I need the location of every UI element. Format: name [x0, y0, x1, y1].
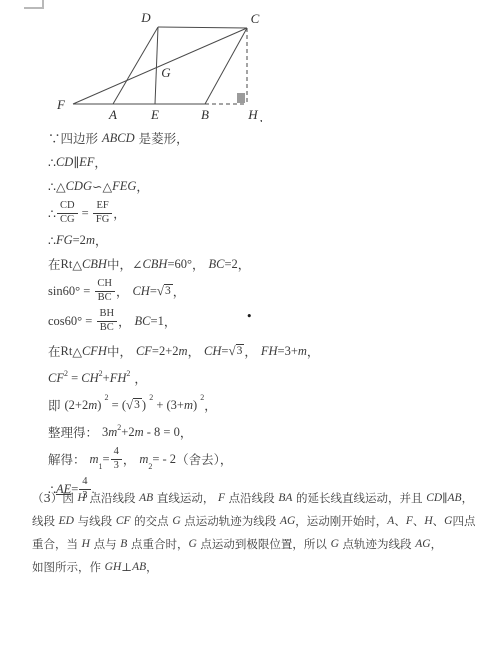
text-run: 点轨迹为线段 [339, 536, 415, 552]
text-run: 、 [413, 513, 425, 529]
figure-caption-comma: ， [260, 112, 271, 122]
text-run: 的延长线直线运动，并且 [292, 490, 426, 506]
figure-solid-lines [73, 27, 247, 104]
text-run: ， [173, 282, 186, 300]
math-variable: GH [105, 561, 122, 573]
math-upright: =60° [167, 257, 192, 272]
text-run: 整理得： [48, 423, 102, 441]
math-variable: BC [208, 257, 224, 272]
text-run: 点与 [90, 536, 120, 552]
math-upright: =2 [73, 233, 86, 248]
sqrt-expression: √3 [228, 344, 244, 359]
math-variable: H [82, 538, 90, 550]
text-run: 中，∠ [107, 255, 142, 273]
text-run: ∴ [48, 155, 56, 170]
math-variable: m [135, 425, 144, 440]
math-variable: CF [48, 371, 64, 386]
text-run: 即 [48, 396, 64, 414]
text-run: 点运动轨迹为线段 [181, 513, 280, 529]
math-variable: BC [135, 314, 151, 329]
sqrt-expression: √3 [126, 398, 142, 413]
fraction-denominator: CG [57, 213, 78, 226]
paragraph-line: （3）因 H 点沿线段 AB 直线运动， F 点沿线段 BA 的延长线直线运动，… [32, 486, 475, 509]
text-run: 在 [48, 255, 61, 273]
figure-label-H: H [247, 107, 258, 122]
solution-line: CF2 = CH2+FH2 ， [48, 366, 319, 390]
math-variable: BA [278, 492, 292, 504]
geometry-figure: D C G F A E B H ， [50, 2, 290, 122]
math-upright: Rt [61, 257, 73, 272]
math-variable: CF [136, 344, 152, 359]
math-variable: F [406, 515, 413, 527]
math-variable: CF [116, 515, 131, 527]
math-upright: ) [193, 398, 200, 413]
fraction-denominator: 3 [111, 459, 122, 472]
page-corner-artifact [24, 0, 44, 9]
text-run: ， [164, 312, 177, 330]
text-run: 解得： [48, 450, 89, 468]
solution-line: sin60° = CHBC， CH=√3， [48, 276, 319, 306]
solution-line: ∵四边形 ABCD 是菱形， [48, 126, 319, 150]
text-run: ， [238, 255, 251, 273]
math-upright: + [103, 371, 110, 386]
math-upright: = [103, 452, 110, 467]
text-run: ， [118, 312, 134, 330]
text-run: ∽△ [92, 179, 112, 194]
math-variable: B [120, 538, 127, 550]
math-upright: =2 [224, 257, 237, 272]
text-run: ， [95, 231, 108, 249]
document-page: { "page": { "background": "#ffffff", "te… [0, 0, 500, 656]
text-run: 点运动到极限位置，所以 [197, 536, 331, 552]
text-run: 是菱形， [135, 129, 189, 147]
math-variable: CDG [66, 179, 92, 194]
radical-sign: √ [228, 344, 235, 357]
figure-label-G: G [161, 65, 171, 80]
fraction: 43 [111, 446, 122, 471]
fraction: CHBC [94, 278, 115, 303]
text-run: △ [72, 344, 82, 359]
paragraph-line: 如图所示，作 GH⊥AB， [32, 555, 475, 578]
math-variable: AG [280, 515, 295, 527]
text-run: 、 [433, 513, 445, 529]
solution-line: ∴FG=2m， [48, 228, 319, 252]
text-run: 点沿线段 [225, 490, 278, 506]
math-upright: cos60° = [48, 314, 95, 329]
text-run: ， [462, 490, 474, 506]
text-run: （3）因 [32, 490, 77, 506]
solution-line: cos60° = BHBC， BC=1， [48, 306, 319, 336]
fraction-numerator: 4 [111, 446, 122, 458]
math-upright: +2 [121, 425, 134, 440]
fraction-denominator: BC [95, 291, 115, 304]
sqrt-expression: √3 [157, 284, 173, 299]
text-run: ， [192, 255, 208, 273]
math-variable: m [108, 425, 117, 440]
math-variable: AG [415, 538, 430, 550]
math-variable: CH [81, 371, 98, 386]
bullet-dot: • [246, 310, 253, 323]
text-run: ， [146, 559, 158, 575]
math-variable: F [218, 492, 225, 504]
fraction-numerator: EF [93, 200, 111, 212]
radical-sign: √ [157, 284, 164, 297]
part3-paragraph: （3）因 H 点沿线段 AB 直线运动， F 点沿线段 BA 的延长线直线运动，… [32, 486, 475, 578]
fraction-numerator: CD [57, 200, 78, 212]
radicand: 3 [133, 398, 142, 413]
math-variable: FH [110, 371, 127, 386]
text-run: ， [244, 342, 260, 360]
radicand: 3 [164, 284, 173, 299]
math-variable: CBH [82, 257, 107, 272]
text-run: ∴△ [48, 179, 66, 194]
text-run: 点沿线段 [86, 490, 139, 506]
text-run: ， [431, 536, 443, 552]
text-run: 四点 [452, 513, 475, 529]
math-variable: AB [132, 561, 146, 573]
fraction-numerator: CH [94, 278, 115, 290]
fraction-denominator: BC [97, 321, 117, 334]
math-upright: = [150, 284, 157, 299]
paragraph-line: 重合，当 H 点与 B 点重合时，G 点运动到极限位置，所以 G 点轨迹为线段 … [32, 532, 475, 555]
solution-line: ∴CD∥EF， [48, 150, 319, 174]
math-upright: sin60° = [48, 284, 93, 299]
math-variable: CBH [142, 257, 167, 272]
text-run: ， [130, 369, 146, 387]
text-run: ， [307, 342, 320, 360]
text-run: 如图所示，作 [32, 559, 105, 575]
text-run: 中， [107, 342, 136, 360]
math-variable: m [139, 452, 148, 467]
math-variable: CFH [82, 344, 107, 359]
math-upright: =3+ [278, 344, 298, 359]
text-run: ， [94, 153, 107, 171]
math-upright: = ( [109, 398, 126, 413]
math-upright: = [79, 206, 92, 221]
text-run: 在 [48, 342, 61, 360]
radical-sign: √ [126, 398, 133, 411]
text-run: ， [204, 396, 217, 414]
math-variable: G [172, 515, 180, 527]
math-upright: ) [142, 398, 149, 413]
text-run: ， [188, 342, 204, 360]
math-upright: Rt [61, 344, 73, 359]
paragraph-line: 线段 ED 与线段 CF 的交点 G 点运动轨迹为线段 AG，运动刚开始时，A、… [32, 509, 475, 532]
math-variable: EF [79, 155, 94, 170]
math-variable: FH [261, 344, 278, 359]
figure-label-B: B [201, 107, 209, 122]
fraction: BHBC [96, 308, 117, 333]
math-variable: G [331, 538, 339, 550]
right-angle-marker [237, 93, 245, 103]
math-variable: A [387, 515, 394, 527]
text-run: ∴ [48, 233, 56, 248]
figure-label-D: D [140, 10, 151, 25]
solution-line: 即 (2+2m) 2 = (√3) 2 + (3+m) 2， [48, 390, 319, 420]
math-variable: FEG [112, 179, 136, 194]
math-variable: CD [426, 492, 442, 504]
math-variable: ED [59, 515, 74, 527]
solution-line: 整理得： 3m2+2m - 8 = 0， [48, 420, 319, 444]
math-variable: FG [56, 233, 73, 248]
text-run: 点重合时， [127, 536, 188, 552]
math-upright: = - 2 [152, 452, 176, 467]
text-run: 重合，当 [32, 536, 82, 552]
math-variable: H [424, 515, 432, 527]
math-variable: G [188, 538, 196, 550]
fraction-numerator: BH [96, 308, 117, 320]
math-variable: m [88, 398, 97, 413]
text-run: △ [72, 257, 82, 272]
figure-label-C: C [251, 11, 260, 26]
math-upright: - 8 = 0 [144, 425, 180, 440]
figure-label-F: F [56, 97, 66, 112]
text-run: ， [180, 423, 193, 441]
text-run: ， [113, 204, 126, 222]
math-upright: (2+2 [64, 398, 88, 413]
text-run: 线段 [32, 513, 59, 529]
math-variable: AB [448, 492, 462, 504]
radicand: 3 [236, 344, 245, 359]
solution-line: 在Rt△CFH中， CF=2+2m， CH=√3， FH=3+m， [48, 336, 319, 366]
text-run: ⊥ [121, 560, 132, 574]
text-run: ， [136, 177, 149, 195]
math-upright: ) [97, 398, 104, 413]
text-run: ∴ [48, 206, 56, 221]
math-variable: G [444, 515, 452, 527]
math-variable: m [86, 233, 95, 248]
math-variable: ABCD [102, 131, 135, 146]
fraction: CDCG [57, 200, 78, 225]
solution-line: 在Rt△CBH中，∠CBH=60°， BC=2， [48, 252, 319, 276]
math-upright: = [221, 344, 228, 359]
solution-line: 解得： m1=43， m2= - 2（舍去）， [48, 444, 319, 474]
math-variable: m [298, 344, 307, 359]
text-run: 与线段 [74, 513, 116, 529]
fraction-denominator: FG [93, 213, 112, 226]
solution-line: ∴CDCG = EFFG， [48, 198, 319, 228]
math-variable: m [179, 344, 188, 359]
math-upright: = [68, 371, 81, 386]
text-run: ，运动刚开始时， [295, 513, 387, 529]
math-variable: CH [204, 344, 221, 359]
figure-canvas: D C G F A E B H ， [50, 2, 290, 122]
math-upright: =1 [151, 314, 164, 329]
solution-steps: ∵四边形 ABCD 是菱形，∴CD∥EF，∴△CDG∽△FEG，∴CDCG = … [48, 126, 319, 504]
math-variable: CH [132, 284, 149, 299]
figure-label-E: E [150, 107, 159, 122]
text-run: （舍去）， [176, 450, 232, 468]
fraction: EFFG [93, 200, 112, 225]
text-run: ∵四边形 [48, 129, 102, 147]
figure-label-A: A [108, 107, 117, 122]
math-variable: H [77, 492, 85, 504]
text-run: ， [116, 282, 132, 300]
math-upright: + (3+ [153, 398, 184, 413]
math-variable: m [89, 452, 98, 467]
math-upright: =2+2 [152, 344, 179, 359]
math-variable: m [184, 398, 193, 413]
text-run: 、 [394, 513, 406, 529]
solution-line: ∴△CDG∽△FEG， [48, 174, 319, 198]
text-run: 直线运动， [153, 490, 218, 506]
text-run: ， [123, 450, 139, 468]
text-run: 的交点 [131, 513, 173, 529]
math-variable: CD [56, 155, 73, 170]
math-variable: AB [139, 492, 153, 504]
